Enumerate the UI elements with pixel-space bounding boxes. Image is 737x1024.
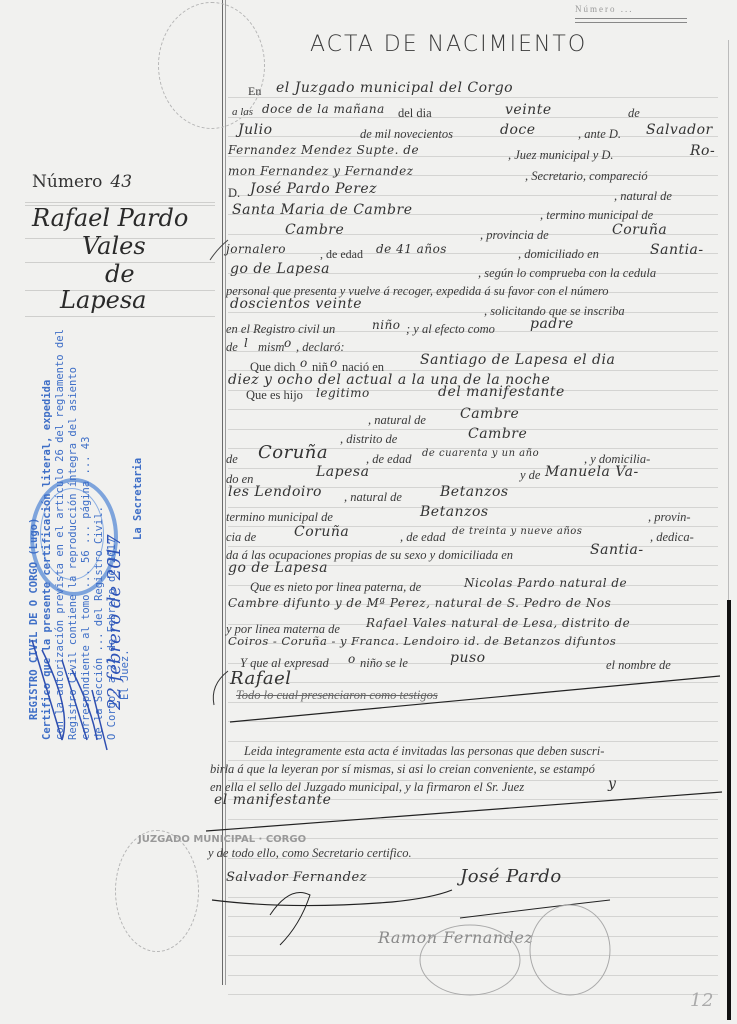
margin-name-line: Lapesa	[60, 286, 146, 314]
registrar-signature	[22, 630, 112, 760]
court-seal-text: JUZGADO MUNICIPAL · CORGO	[138, 834, 306, 845]
margin-name-line: de	[105, 260, 135, 288]
margin-name-line: Vales	[82, 232, 146, 260]
page-mark: 12	[690, 990, 714, 1011]
margin-rule	[25, 202, 215, 203]
margin-name-line: Rafael Pardo	[32, 204, 188, 232]
margin-rule	[25, 316, 215, 317]
stamp-line: La Secretaria	[132, 360, 145, 740]
entry-number-label: Número	[32, 172, 102, 192]
birth-certificate-page: Número ... ACTA DE NACIMIENTO En el Juzg…	[0, 0, 737, 1024]
entry-number-value: 43	[110, 172, 132, 192]
entry-number: Número43	[32, 172, 132, 192]
court-seal	[115, 830, 199, 952]
